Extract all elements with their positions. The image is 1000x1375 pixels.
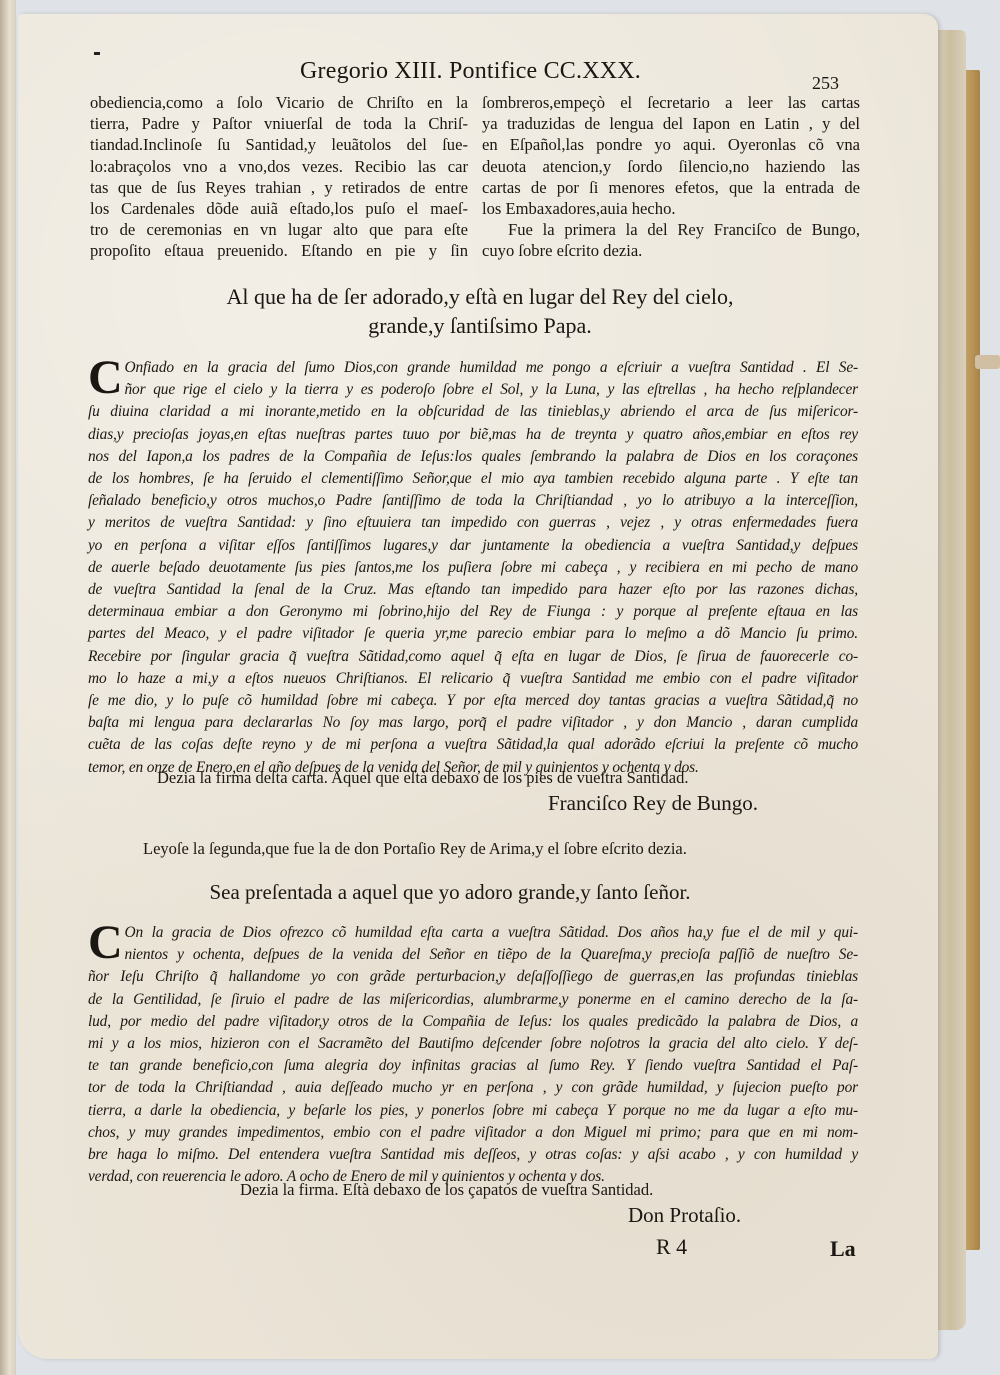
- text-line: ñor Ieſu Chriſto q̃ hallandome yo con gr…: [88, 966, 858, 988]
- letter2-heading: Sea preſentada a aquel que yo adoro gran…: [100, 878, 800, 907]
- text-line: los Embaxadores,auia hecho.: [482, 198, 860, 219]
- page-content: Gregorio XIII. Pontifice CC.XXX. 253 obe…: [0, 0, 1000, 1375]
- text-line: propoſito eſtaua preuenido. Eſtando en p…: [90, 240, 468, 261]
- text-line: chos, y muy grandes impedimentos, embio …: [88, 1122, 858, 1144]
- text-line: y meritos de vueſtra Santidad: y ſino eſ…: [88, 512, 858, 534]
- text-line: partes del Meaco, y el padre viſitador ſ…: [88, 623, 858, 645]
- text-line: ſe me dio, y lo puſe cõ humildad ſobre m…: [88, 690, 858, 712]
- text-line: mo lo haze a mi,y a eſtos nueuos Chriſti…: [88, 668, 858, 690]
- drop-cap: C: [88, 924, 123, 962]
- letter2-signer: Don Protaſio.: [628, 1203, 741, 1228]
- text-line: de vueſtra Santidad la ſenal de la Cruz.…: [88, 579, 858, 601]
- letter1-heading: Al que ha de ſer adorado,y eſtà en lugar…: [110, 282, 850, 340]
- text-line: mi y a los mios, hizieron con el Sacramẽ…: [88, 1033, 858, 1055]
- drop-cap: C: [88, 359, 123, 397]
- letter1-signature-intro: Dezia la firma deſta carta. Aquel que eſ…: [157, 768, 688, 788]
- text-line: tor de toda la Chriſtiandad , auia deſſe…: [88, 1077, 858, 1099]
- letter1-signer: Franciſco Rey de Bungo.: [548, 791, 758, 816]
- text-line: en Eſpañol,las pondre yo aqui. Oyeronlas…: [482, 134, 860, 155]
- page-number: 253: [812, 73, 839, 94]
- transition-text: Leyoſe la ſegunda,que fue la de don Port…: [143, 839, 687, 859]
- text-line: deuota atencion,y ſordo ſilencio,no hazi…: [482, 156, 860, 177]
- text-line: Fue la primera la del Rey Franciſco de B…: [482, 219, 860, 240]
- intro-right-column: ſombreros,empeçò el ſecretario a leer la…: [482, 92, 860, 262]
- text-line: baſta mi lengua para declararlas No ſoy …: [88, 712, 858, 734]
- text-line: cuyo ſobre eſcrito dezia.: [482, 240, 860, 261]
- text-line: dias,y precioſas joyas,en eſtas nueſtras…: [88, 424, 858, 446]
- running-head: Gregorio XIII. Pontifice CC.XXX.: [300, 58, 641, 85]
- heading-line: grande,y ſantiſsimo Papa.: [110, 311, 850, 340]
- heading-line: Al que ha de ſer adorado,y eſtà en lugar…: [110, 282, 850, 311]
- intro-text: obediencia,como a ſolo Vicario de Chriſt…: [90, 92, 860, 262]
- text-line: cuẽta de las coſas deſte reyno y de mi p…: [88, 734, 858, 756]
- text-line: bre haga lo miſmo. Del entendera vueſtra…: [88, 1144, 858, 1166]
- signature-mark: R 4: [656, 1234, 687, 1260]
- text-line: tierra, a darle la obediencia, y beſarle…: [88, 1100, 858, 1122]
- text-line: ya traduzidas de lengua del Iapon en Lat…: [482, 113, 860, 134]
- text-line: obediencia,como a ſolo Vicario de Chriſt…: [90, 92, 468, 113]
- text-line: ſombreros,empeçò el ſecretario a leer la…: [482, 92, 860, 113]
- text-line: nientos y ochenta, deſpues de la venida …: [88, 944, 858, 966]
- text-line: cartas de por ſi menores efetos, que la …: [482, 177, 860, 198]
- letter2-body: C On la gracia de Dios ofrezco cõ humild…: [88, 922, 858, 1188]
- text-line: lud, por medio del padre viſitador,y otr…: [88, 1011, 858, 1033]
- text-line: te tan grande beneficio,con ſuma alegria…: [88, 1055, 858, 1077]
- text-line: de la Gentilidad, ſe ſiruio el padre de …: [88, 989, 858, 1011]
- catchword: La: [830, 1236, 856, 1262]
- text-line: tierra, Padre y Paſtor vniuerſal de toda…: [90, 113, 468, 134]
- text-line: Recebire por ſingular gracia q̃ vueſtra …: [88, 646, 858, 668]
- text-line: tas que de ſus Reyes trahian , y retirad…: [90, 177, 468, 198]
- text-line: lo:abraçolos vno a vno,dos vezes. Recibi…: [90, 156, 468, 177]
- text-line: ñor que rige el cielo y la tierra y es p…: [88, 379, 858, 401]
- text-line: ſeñalado beneficio,y otros muchos,o Padr…: [88, 490, 858, 512]
- text-line: Onfiado en la gracia del ſumo Dios,con g…: [88, 357, 858, 379]
- text-line: nos del Iapon,a los padres de la Compañi…: [88, 446, 858, 468]
- text-line: tiandad.Inclinoſe ſu Santidad,y leuãtolo…: [90, 134, 468, 155]
- text-line: los Cardenales dõde auiã eſtado,los puſo…: [90, 198, 468, 219]
- text-line: de los hombres, ſe ha ſeruido el clement…: [88, 468, 858, 490]
- text-line: tro de ceremonias en vn lugar alto que p…: [90, 219, 468, 240]
- intro-left-column: obediencia,como a ſolo Vicario de Chriſt…: [90, 92, 468, 262]
- text-line: de auerle beſado deuotamente ſus pies ſa…: [88, 557, 858, 579]
- letter2-signature-intro: Dezia la firma. Eſtà debaxo de los çapat…: [240, 1180, 653, 1200]
- letter1-body: C Onfiado en la gracia del ſumo Dios,con…: [88, 357, 858, 779]
- text-line: determinaua embiar a don Geronymo mi ſob…: [88, 601, 858, 623]
- ink-mark: [94, 52, 100, 55]
- text-line: ſu diuina claridad a mi inorante,metido …: [88, 401, 858, 423]
- text-line: On la gracia de Dios ofrezco cõ humildad…: [88, 922, 858, 944]
- text-line: yo en perſona a viſitar eſſos ſantiſſimo…: [88, 535, 858, 557]
